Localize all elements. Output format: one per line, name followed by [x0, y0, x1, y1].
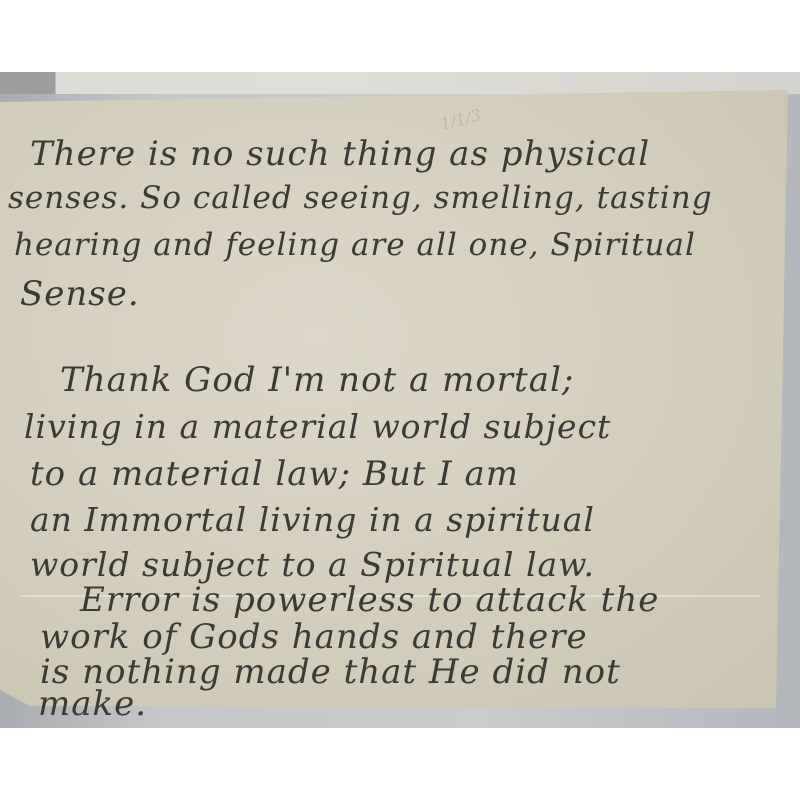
text-line: Error is powerless to attack the: [80, 580, 659, 620]
text-line: living in a material world subject: [24, 407, 611, 446]
text-line: world subject to a Spiritual law.: [30, 545, 595, 584]
mat-edge: [0, 72, 800, 94]
text-line: hearing and feeling are all one, Spiritu…: [14, 227, 696, 263]
text-line: Thank God I'm not a mortal;: [60, 360, 574, 400]
text-line: to a material law; But I am: [30, 454, 519, 494]
letter-photo: 1/1/3 There is no such thing as physical…: [0, 72, 800, 728]
margin-note: 1/1/3: [438, 105, 483, 133]
text-line: There is no such thing as physical: [30, 134, 650, 174]
text-line: Sense.: [20, 274, 140, 314]
text-line: work of Gods hands and there: [40, 617, 588, 657]
text-line: senses. So called seeing, smelling, tast…: [8, 180, 713, 216]
text-line: an Immortal living in a spiritual: [30, 500, 595, 539]
text-line: make.: [38, 684, 147, 724]
